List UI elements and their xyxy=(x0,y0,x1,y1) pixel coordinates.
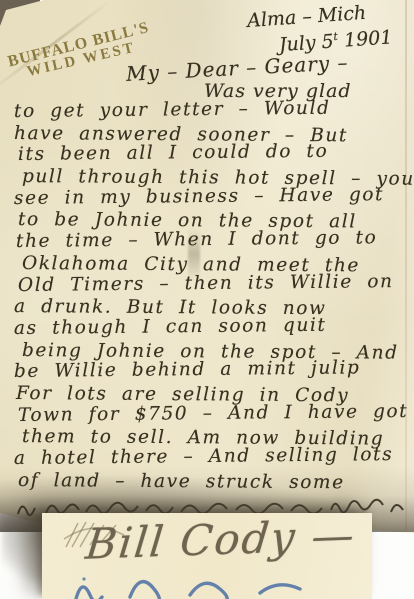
letter-photo: BUFFALO BILL'S WILD WEST Alma – Mich Jul… xyxy=(0,0,414,599)
signature-magnified-inset: Bill Cody — xyxy=(42,513,372,599)
letter-body: to get your letter – Would have answered… xyxy=(14,101,414,491)
letter-line: to get your letter – Would xyxy=(14,97,414,123)
letter-line: Old Timers – then its Willie on xyxy=(18,270,414,296)
signature-text: Bill Cody — xyxy=(83,513,358,569)
letter-line: the time – When I dont go to xyxy=(16,227,414,253)
dateline: Alma – Mich July 5t 1901 xyxy=(247,0,394,58)
blue-ink-fragment xyxy=(70,573,330,599)
letter-line: see in my business – Have got xyxy=(14,184,414,210)
letter-line: its been all I could do to xyxy=(18,140,414,166)
letter-line: a hotel there – And selling lots xyxy=(14,444,414,470)
letter-line: Town for $750 – And I have got xyxy=(18,400,414,426)
letter-line: be Willie behind a mint julip xyxy=(14,357,414,383)
letter-line: as though I can soon quit xyxy=(14,314,414,340)
date-superscript: t xyxy=(333,30,338,43)
letter-line: of land – have struck some xyxy=(18,470,414,494)
